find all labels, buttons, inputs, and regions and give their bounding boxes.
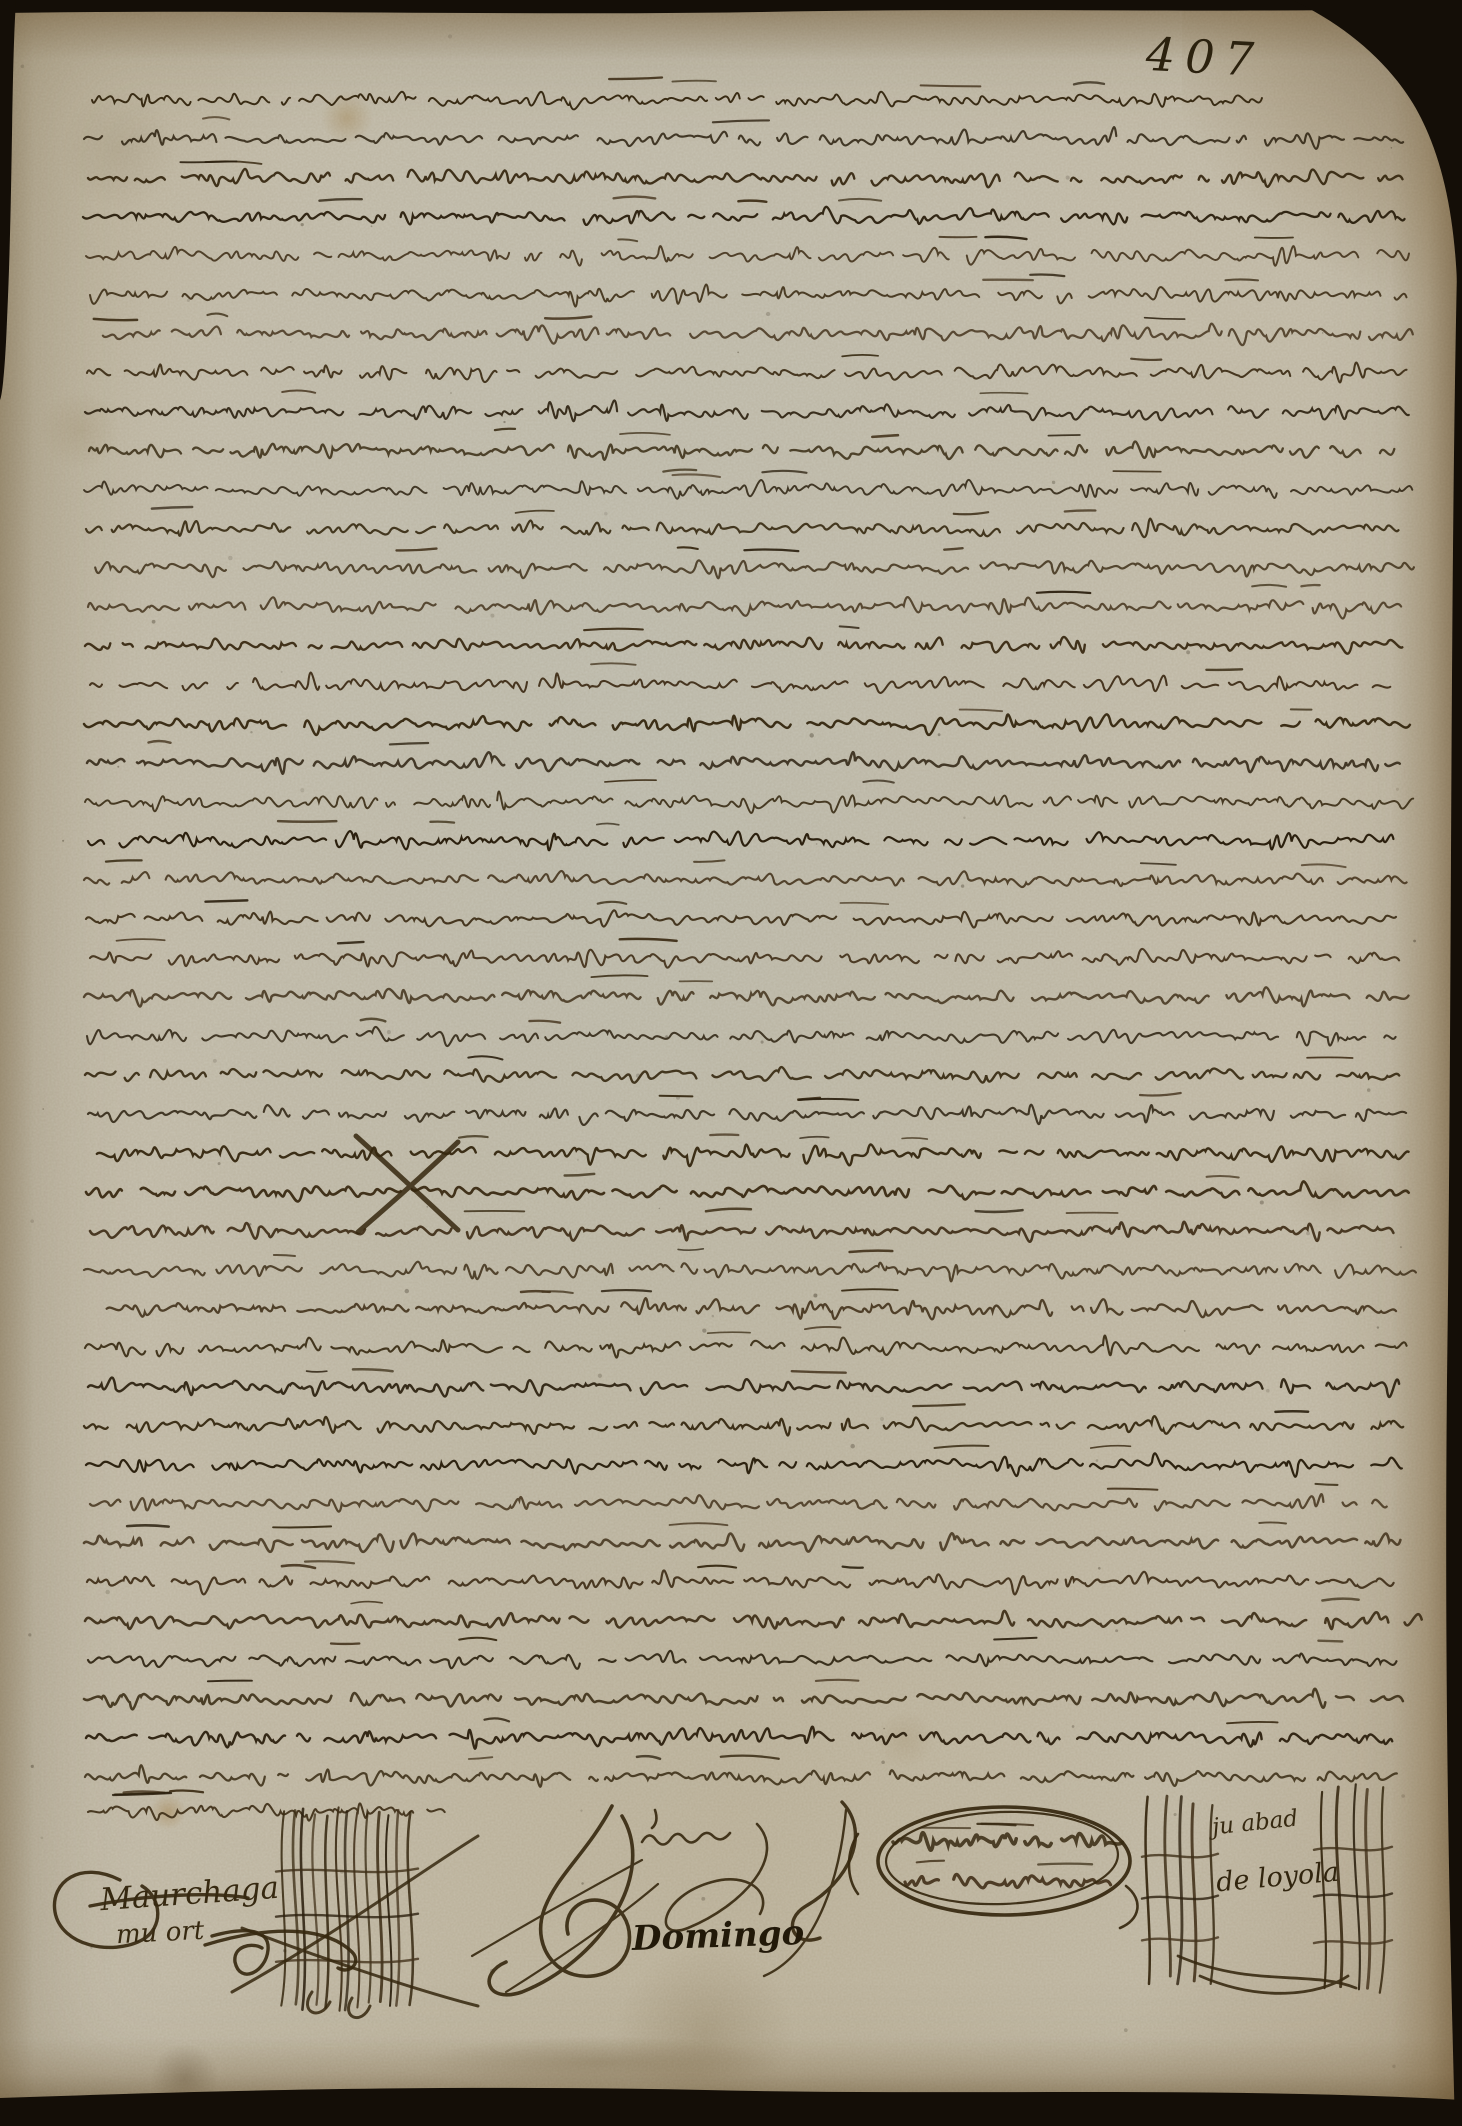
page-number: 407 [1145,27,1265,87]
ink-specks [21,34,1416,2068]
manuscript-photo: 407 Maurchaga mu ort Domingo ju abad de … [0,0,1462,2126]
crossout-correction [356,1136,458,1232]
signature-center-domingo: Domingo [631,1913,805,1959]
signature-left-secondline: mu ort [115,1916,205,1951]
center-flourish [472,1806,658,1995]
ink-layer [0,0,1462,2126]
rubric-inner-script [893,1824,1122,1888]
signature-right-underline [1178,1956,1356,1993]
rubric-tail [1120,1886,1137,1928]
body-text-lines [83,78,1422,1821]
